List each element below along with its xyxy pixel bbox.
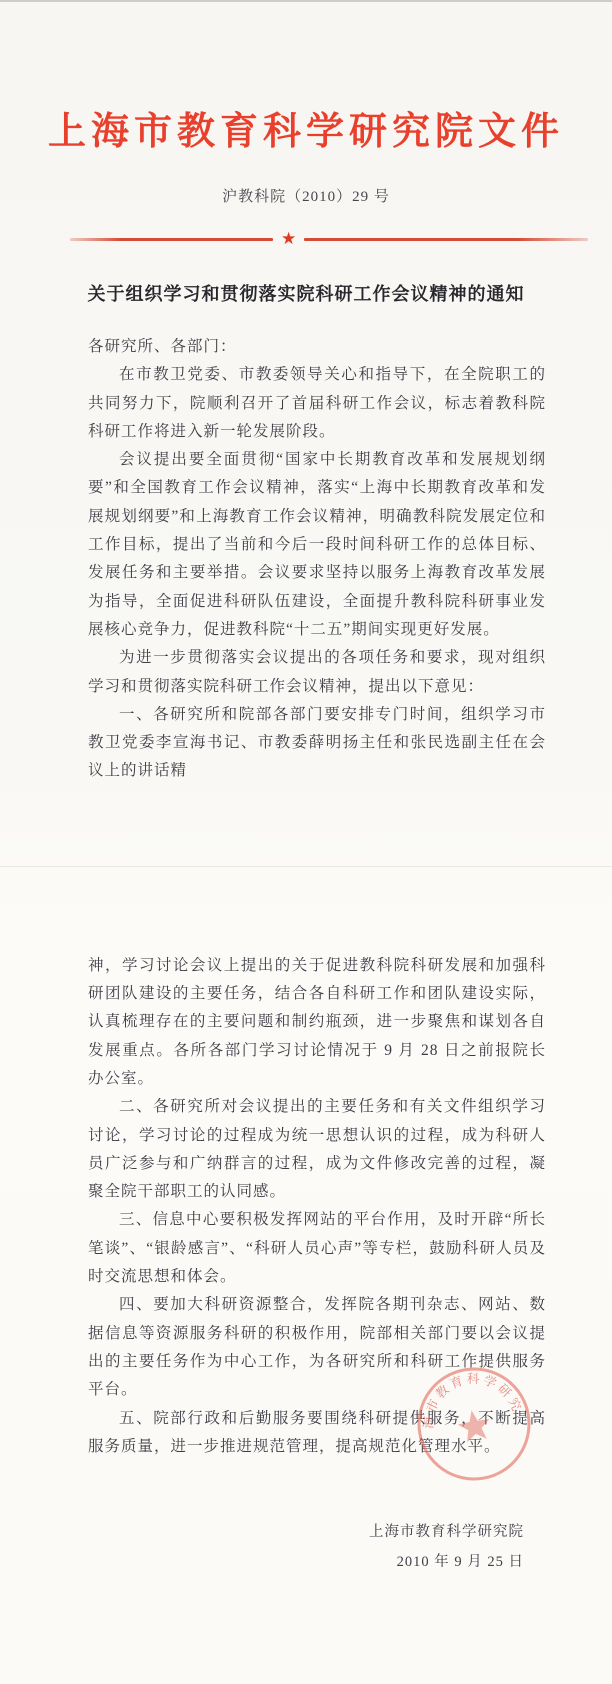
signature-block: 上海市教育科学研究院 2010 年 9 月 25 日 (0, 1517, 524, 1577)
header-divider: ★ (70, 231, 588, 248)
page-break-gap (0, 786, 612, 952)
body-paragraph-4-continuation: 神，学习讨论会议上提出的关于促进教科院科研发展和加强科研团队建设的主要任务，结合… (88, 952, 546, 1093)
scanned-document-page: 上海市教育科学研究院文件 沪教科院（2010）29 号 ★ 关于组织学习和贯彻落… (0, 0, 612, 1684)
document-header: 上海市教育科学研究院文件 沪教科院（2010）29 号 ★ (0, 0, 612, 248)
body-paragraph-7-item-4: 四、要加大科研资源整合，发挥院各期刊杂志、网站、数据信息等资源服务科研的积极作用… (88, 1291, 546, 1404)
issuing-authority-title: 上海市教育科学研究院文件 (0, 0, 612, 155)
body-paragraph-3: 为进一步贯彻落实会议提出的各项任务和要求，现对组织学习和贯彻落实院科研工作会议精… (88, 644, 546, 701)
body-paragraph-6-item-3: 三、信息中心要积极发挥网站的平台作用，及时开辟“所长笔谈”、“银龄感言”、“科研… (88, 1206, 546, 1291)
document-title: 关于组织学习和贯彻落实院科研工作会议精神的通知 (0, 280, 612, 306)
star-icon: ★ (281, 230, 296, 247)
body-paragraph-5-item-2: 二、各研究所对会议提出的主要任务和有关文件组织学习讨论，学习讨论的过程成为统一思… (88, 1093, 546, 1206)
signature-date: 2010 年 9 月 25 日 (0, 1547, 524, 1577)
document-number: 沪教科院（2010）29 号 (0, 185, 612, 206)
scan-top-edge-artifact (0, 0, 612, 2)
body-paragraph-2: 会议提出要全面贯彻“国家中长期教育改革和发展规划纲要”和全国教育工作会议精神，落… (88, 446, 546, 644)
salutation: 各研究所、各部门： (88, 333, 546, 361)
document-body-page1: 各研究所、各部门： 在市教卫党委、市教委领导关心和指导下，在全院职工的共同努力下… (88, 333, 546, 786)
body-paragraph-1: 在市教卫党委、市教委领导关心和指导下，在全院职工的共同努力下，院顺利召开了首届科… (88, 361, 546, 446)
divider-line-left (70, 238, 273, 241)
body-paragraph-8-item-5: 五、院部行政和后勤服务要围绕科研提供服务，不断提高服务质量，进一步推进规范管理，… (88, 1405, 546, 1462)
page-seam-line (0, 866, 612, 867)
document-body-page2: 神，学习讨论会议上提出的关于促进教科院科研发展和加强科研团队建设的主要任务，结合… (88, 952, 546, 1461)
body-paragraph-4-item-1: 一、各研究所和院部各部门要安排专门时间，组织学习市教卫党委李宣海书记、市教委薛明… (88, 701, 546, 786)
divider-line-right (304, 238, 588, 241)
signature-organization: 上海市教育科学研究院 (0, 1517, 524, 1547)
